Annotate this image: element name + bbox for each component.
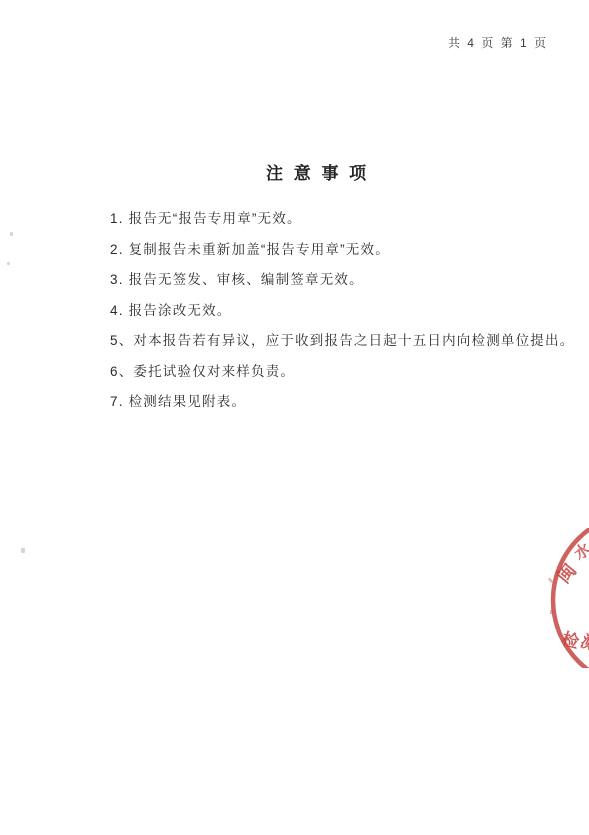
notice-item: 1. 报告无“报告专用章”无效。 <box>110 212 570 226</box>
red-seal-stamp: 闽 水 检 测 <box>529 528 589 668</box>
seal-faint-mark <box>548 578 553 583</box>
notice-item: 5、对本报告若有异议，应于收到报告之日起十五日内向检测单位提出。 <box>110 334 570 348</box>
scan-speck <box>10 232 13 236</box>
scan-speck <box>7 262 10 265</box>
notice-item: 2. 复制报告未重新加盖“报告专用章”无效。 <box>110 243 570 257</box>
scan-speck <box>21 548 25 553</box>
notice-item: 4. 报告涂改无效。 <box>110 304 570 318</box>
notice-item: 7. 检测结果见附表。 <box>110 395 570 409</box>
notice-list: 1. 报告无“报告专用章”无效。 2. 复制报告未重新加盖“报告专用章”无效。 … <box>110 212 570 426</box>
page-number: 共 4 页 第 1 页 <box>448 34 548 51</box>
document-page: 共 4 页 第 1 页 注 意 事 项 1. 报告无“报告专用章”无效。 2. … <box>0 0 589 835</box>
notice-item: 6、委托试验仅对来样负责。 <box>110 365 570 379</box>
page-title: 注 意 事 项 <box>266 159 369 184</box>
notice-item: 3. 报告无签发、审核、编制签章无效。 <box>110 273 570 287</box>
